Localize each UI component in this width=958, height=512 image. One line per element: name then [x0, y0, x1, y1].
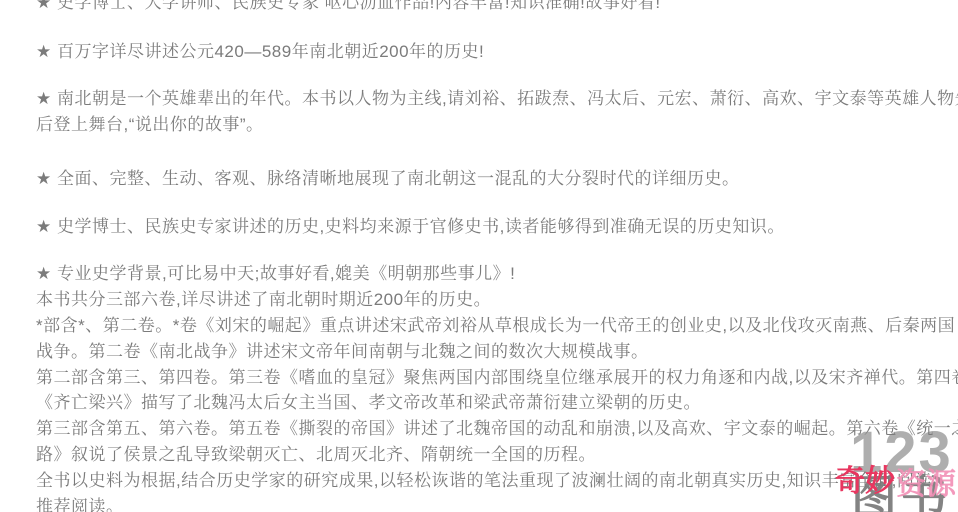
text-line: ★ 史学博士、民族史专家讲述的历史,史料均来源于官修史书,读者能够得到准确无误的… — [36, 214, 958, 239]
text-line: 《齐亡梁兴》描写了北魏冯太后女主当国、孝文帝改革和梁武帝萧衍建立梁朝的历史。 — [36, 390, 958, 415]
watermark-site-name-red: 奇妙 — [835, 466, 895, 498]
text-line: 战争。第二卷《南北战争》讲述宋文帝年间南朝与北魏之间的数次大规模战事。 — [36, 339, 958, 364]
text-line: ★ 百万字详尽讲述公元420—589年南北朝近200年的历史! — [36, 39, 958, 64]
text-line: ★ 全面、完整、生动、客观、脉络清晰地展现了南北朝这一混乱的大分裂时代的详细历史… — [36, 166, 958, 191]
text-line: 推荐阅读。 — [36, 494, 958, 512]
watermark-site-name-pink: 资源网 — [896, 469, 958, 501]
text-line: 后登上舞台,“说出你的故事”。 — [36, 112, 958, 137]
document-page: ★ 史学博士、大学讲师、民族史专家 呕心沥血作品!内容丰富!知识准确!故事好看!… — [0, 0, 958, 512]
text-line: 第三部含第五、第六卷。第五卷《撕裂的帝国》讲述了北魏帝国的动乱和崩溃,以及高欢、… — [36, 416, 958, 441]
text-line: ★ 史学博士、大学讲师、民族史专家 呕心沥血作品!内容丰富!知识准确!故事好看! — [36, 0, 958, 15]
text-line: 第二部含第三、第四卷。第三卷《嗜血的皇冠》聚焦两国内部围绕皇位继承展开的权力角逐… — [36, 365, 958, 390]
text-line: 路》叙说了侯景之乱导致梁朝灭亡、北周灭北齐、隋朝统一全国的历程。 — [36, 442, 958, 467]
text-line: ★ 南北朝是一个英雄辈出的年代。本书以人物为主线,请刘裕、拓跋焘、冯太后、元宏、… — [36, 86, 958, 111]
text-line: *部含*、第二卷。*卷《刘宋的崛起》重点讲述宋武帝刘裕从草根成长为一代帝王的创业… — [36, 313, 958, 338]
text-line: ★ 专业史学背景,可比易中天;故事好看,媲美《明朝那些事儿》! — [36, 261, 958, 286]
text-line: 本书共分三部六卷,详尽讲述了南北朝时期近200年的历史。 — [36, 287, 958, 312]
text-line: 全书以史料为根据,结合历史学家的研究成果,以轻松诙谐的笔法重现了波澜壮阔的南北朝… — [36, 468, 958, 493]
